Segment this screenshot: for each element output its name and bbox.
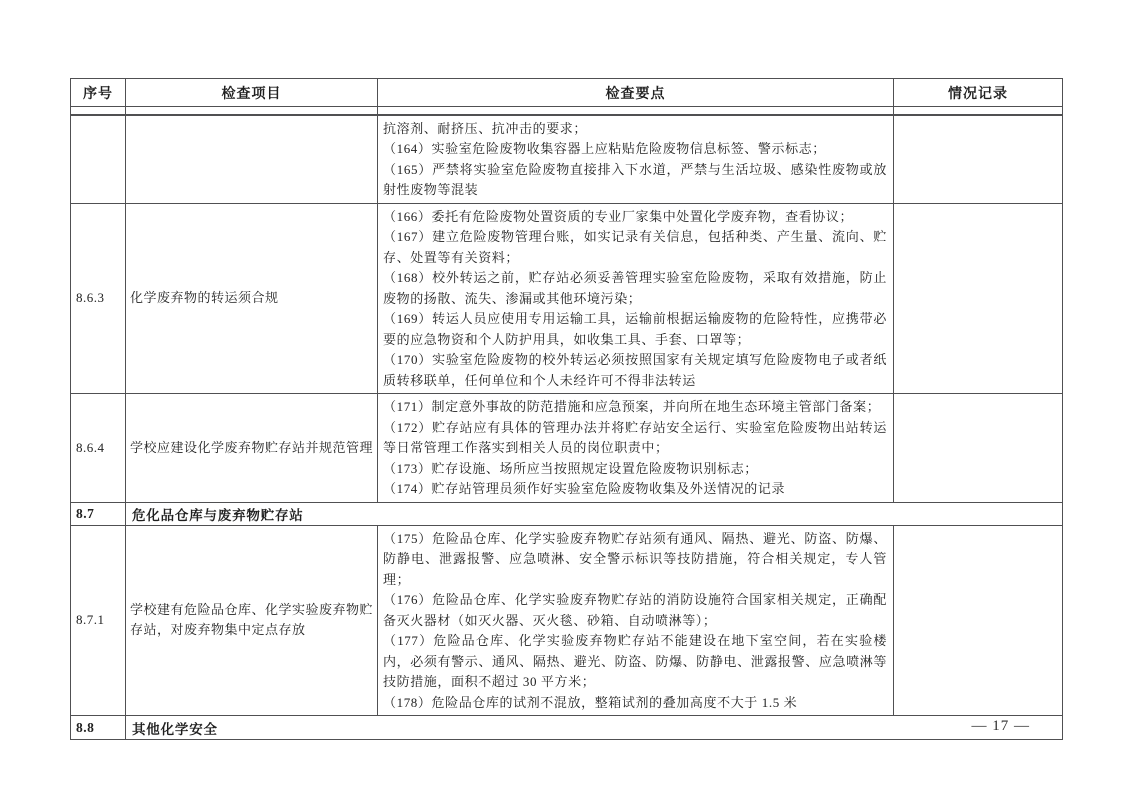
record-cell: [894, 203, 1063, 394]
header-col-item: 检查项目: [126, 79, 378, 107]
record-cell: [894, 525, 1063, 716]
table-row: 8.6.4 学校应建设化学废弃物贮存站并规范管理 （171）制定意外事故的防范措…: [71, 394, 1063, 503]
points-cell: （166）委托有危险废物处置资质的专业厂家集中处置化学废弃物，查看协议； （16…: [378, 203, 894, 394]
table-row: 8.7.1 学校建有危险品仓库、化学实验废弃物贮存站，对废弃物集中定点存放 （1…: [71, 525, 1063, 716]
page-number: — 17 —: [972, 718, 1031, 735]
serial-cell: [71, 115, 126, 204]
header-col-serial: 序号: [71, 79, 126, 107]
section-title: 其他化学安全: [126, 716, 1063, 740]
document-page: 序号 检查项目 检查要点 情况记录 抗溶剂、耐挤压、抗冲击的要求； （164）实…: [0, 0, 1122, 793]
section-row: 8.7 危化品仓库与废弃物贮存站: [71, 502, 1063, 525]
points-cell: （175）危险品仓库、化学实验废弃物贮存站须有通风、隔热、避光、防盗、防爆、防静…: [378, 525, 894, 716]
record-cell: [894, 115, 1063, 204]
item-cell: 化学废弃物的转运须合规: [126, 203, 378, 394]
item-cell: [126, 115, 378, 204]
point-paragraph: （170）实验室危险废物的校外转运必须按照国家有关规定填写危险废物电子或者纸质转…: [383, 350, 887, 391]
table-row: 抗溶剂、耐挤压、抗冲击的要求； （164）实验室危险废物收集容器上应粘贴危险废物…: [71, 115, 1063, 204]
serial-cell: 8.7.1: [71, 525, 126, 716]
point-paragraph: （176）危险品仓库、化学实验废弃物贮存站的消防设施符合国家相关规定，正确配备灭…: [383, 590, 887, 631]
table-header-row: 序号 检查项目 检查要点 情况记录: [71, 79, 1063, 107]
point-paragraph: （168）校外转运之前，贮存站必须妥善管理实验室危险废物，采取有效措施，防止废物…: [383, 268, 887, 309]
points-cell: 抗溶剂、耐挤压、抗冲击的要求； （164）实验室危险废物收集容器上应粘贴危险废物…: [378, 115, 894, 204]
point-paragraph: （166）委托有危险废物处置资质的专业厂家集中处置化学废弃物，查看协议；: [383, 207, 887, 228]
item-cell: 学校应建设化学废弃物贮存站并规范管理: [126, 394, 378, 503]
point-paragraph: （164）实验室危险废物收集容器上应粘贴危险废物信息标签、警示标志；: [383, 139, 887, 160]
section-title: 危化品仓库与废弃物贮存站: [126, 502, 1063, 525]
table-row: 8.6.3 化学废弃物的转运须合规 （166）委托有危险废物处置资质的专业厂家集…: [71, 203, 1063, 394]
inspection-checklist-table: 序号 检查项目 检查要点 情况记录 抗溶剂、耐挤压、抗冲击的要求； （164）实…: [70, 78, 1063, 740]
header-separator: [71, 107, 1063, 115]
serial-cell: 8.6.4: [71, 394, 126, 503]
point-paragraph: （175）危险品仓库、化学实验废弃物贮存站须有通风、隔热、避光、防盗、防爆、防静…: [383, 529, 887, 591]
point-paragraph: （169）转运人员应使用专用运输工具，运输前根据运输废物的危险特性，应携带必要的…: [383, 309, 887, 350]
point-paragraph: （165）严禁将实验室危险废物直接排入下水道，严禁与生活垃圾、感染性废物或放射性…: [383, 160, 887, 201]
point-paragraph: （178）危险品仓库的试剂不混放，整箱试剂的叠加高度不大于 1.5 米: [383, 693, 887, 714]
record-cell: [894, 394, 1063, 503]
point-paragraph: （177）危险品仓库、化学实验废弃物贮存站不能建设在地下室空间，若在实验楼内，必…: [383, 631, 887, 693]
serial-cell: 8.7: [71, 502, 126, 525]
point-paragraph: 抗溶剂、耐挤压、抗冲击的要求；: [383, 119, 887, 140]
point-paragraph: （174）贮存站管理员须作好实验室危险废物收集及外送情况的记录: [383, 479, 887, 500]
header-col-record: 情况记录: [894, 79, 1063, 107]
point-paragraph: （171）制定意外事故的防范措施和应急预案，并向所在地生态环境主管部门备案；: [383, 397, 887, 418]
point-paragraph: （167）建立危险废物管理台账，如实记录有关信息，包括种类、产生量、流向、贮存、…: [383, 227, 887, 268]
serial-cell: 8.6.3: [71, 203, 126, 394]
item-cell: 学校建有危险品仓库、化学实验废弃物贮存站，对废弃物集中定点存放: [126, 525, 378, 716]
header-col-points: 检查要点: [378, 79, 894, 107]
point-paragraph: （172）贮存站应有具体的管理办法并将贮存站安全运行、实验室危险废物出站转运等日…: [383, 418, 887, 459]
point-paragraph: （173）贮存设施、场所应当按照规定设置危险废物识别标志；: [383, 459, 887, 480]
serial-cell: 8.8: [71, 716, 126, 740]
section-row: 8.8 其他化学安全: [71, 716, 1063, 740]
points-cell: （171）制定意外事故的防范措施和应急预案，并向所在地生态环境主管部门备案； （…: [378, 394, 894, 503]
